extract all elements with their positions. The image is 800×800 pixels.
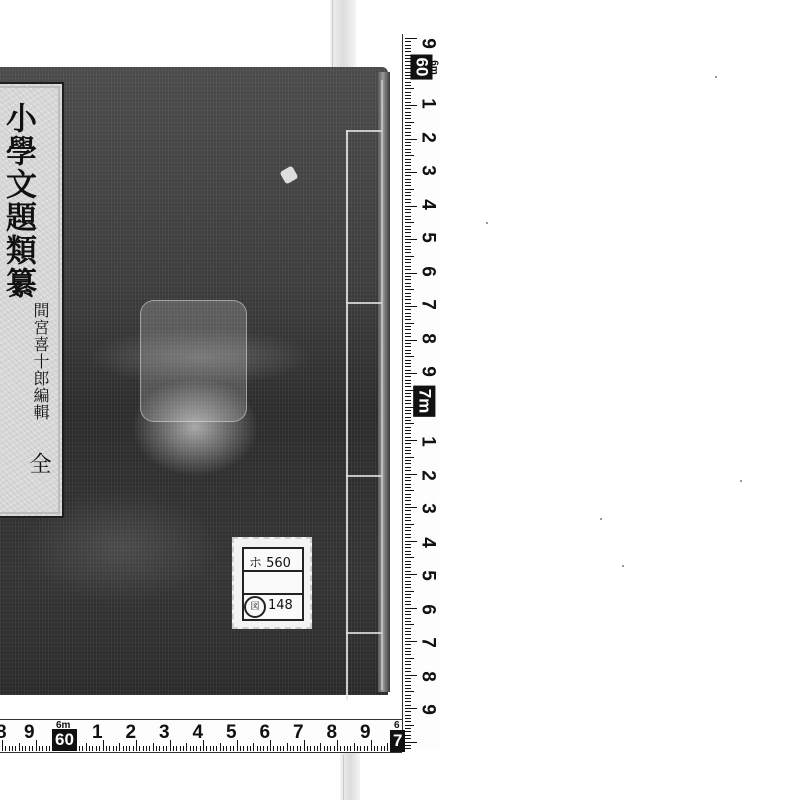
ruler-tick (405, 239, 417, 240)
horizontal-scale-ruler: 896m6012345678967 (0, 719, 402, 753)
ruler-number: 4 (193, 723, 204, 742)
ruler-block-label: 7 (390, 730, 405, 752)
ruler-tick (405, 242, 411, 243)
ruler-tick (405, 628, 411, 629)
ruler-tick (405, 82, 411, 83)
ruler-tick (405, 386, 411, 387)
ruler-tick (190, 746, 191, 751)
ruler-tick (405, 457, 414, 458)
ruler-tick (347, 746, 348, 751)
ruler-tick (405, 396, 411, 397)
ruler-number: 5 (226, 723, 237, 742)
ruler-tick (153, 743, 154, 751)
ruler-tick (22, 746, 23, 751)
ruler-tick (405, 98, 411, 99)
ruler-tick (405, 360, 411, 361)
ruler-tick (220, 743, 221, 751)
ruler-tick (405, 199, 411, 200)
ruler-tick (405, 256, 414, 257)
ruler-tick (280, 746, 281, 751)
ruler-tick (89, 746, 90, 751)
ruler-tick (405, 685, 411, 686)
dust-speck (600, 518, 602, 520)
ruler-tick (405, 587, 411, 588)
ruler-tick (405, 554, 411, 555)
ruler-tick (405, 534, 411, 535)
ruler-tick (405, 319, 411, 320)
ruler-tick (405, 675, 417, 676)
ruler-tick (405, 641, 417, 642)
ruler-tick (12, 746, 13, 751)
ruler-tick (405, 306, 417, 307)
ruler-tick (405, 453, 411, 454)
ruler-tick (405, 316, 411, 317)
ruler-tick (123, 746, 124, 751)
ruler-tick (405, 329, 411, 330)
ruler-tick (405, 108, 411, 109)
ruler-tick (405, 353, 411, 354)
ruler-tick (405, 520, 411, 521)
ruler-tick (381, 746, 382, 751)
ruler-tick (405, 105, 417, 106)
ruler-tick (377, 746, 378, 751)
ruler-tick (405, 443, 411, 444)
ruler-tick (405, 149, 411, 150)
ruler-tick (405, 427, 411, 428)
ruler-tick (405, 417, 411, 418)
ruler-number: 5 (419, 229, 438, 247)
ruler-number: 8 (419, 329, 438, 347)
ruler-tick (405, 581, 411, 582)
ruler-number: 3 (419, 162, 438, 180)
ruler-tick (405, 420, 411, 421)
ruler-tick (405, 276, 411, 277)
ruler-tick (96, 746, 97, 751)
ruler-number: 7 (419, 296, 438, 314)
dust-speck (622, 565, 624, 567)
ruler-tick (364, 746, 365, 751)
ruler-tick (405, 229, 411, 230)
ruler-tick (405, 433, 411, 434)
ruler-tick (39, 746, 40, 751)
ruler-tick (405, 303, 411, 304)
ruler-number: 6 (260, 723, 271, 742)
ruler-tick (324, 746, 325, 751)
ruler-tick (9, 746, 10, 751)
ruler-tick (405, 705, 411, 706)
ruler-tick (405, 423, 414, 424)
ruler-tick (405, 219, 411, 220)
ruler-tick (405, 152, 411, 153)
ruler-tick (405, 463, 411, 464)
cover-stain (140, 300, 247, 422)
ruler-tick (405, 380, 411, 381)
ruler-tick (405, 648, 411, 649)
ruler-tick (253, 743, 254, 751)
ruler-tick (405, 440, 417, 441)
ruler-tick (405, 343, 411, 344)
ruler-tick (405, 269, 411, 270)
ruler-block-label: 7m (413, 386, 435, 417)
ruler-tick (405, 45, 411, 46)
ruler-tick (307, 746, 308, 751)
ruler-tick (25, 746, 26, 751)
ruler-tick (210, 746, 211, 751)
ruler-tick (405, 118, 411, 119)
ruler-tick (405, 681, 411, 682)
ruler-tick (163, 746, 164, 751)
dust-speck (486, 222, 488, 224)
ruler-tick (405, 206, 417, 207)
ruler-tick (405, 289, 414, 290)
ruler-tick (405, 544, 411, 545)
ruler-tick (405, 356, 414, 357)
ruler-tick (405, 172, 417, 173)
ruler-number: 4 (419, 533, 438, 551)
ruler-tick (405, 413, 411, 414)
ruler-tick (405, 85, 411, 86)
ruler-tick (405, 651, 411, 652)
ruler-tick (405, 688, 411, 689)
ruler-number: 1 (92, 723, 103, 742)
ruler-tick (405, 567, 411, 568)
label-row-call-number: ホ 560 (244, 549, 302, 572)
ruler-tick (186, 743, 187, 751)
ruler-tick (49, 746, 50, 751)
ruler-tick (297, 746, 298, 751)
ruler-tick (29, 746, 30, 751)
ruler-tick (293, 746, 294, 751)
ruler-tick (233, 746, 234, 751)
ruler-tick (405, 718, 411, 719)
ruler-tick (330, 746, 331, 751)
ruler-tick (405, 232, 411, 233)
ruler-tick (405, 507, 417, 508)
ruler-unit-label: 6m (429, 60, 440, 74)
ruler-tick (405, 497, 411, 498)
ruler-tick (405, 571, 411, 572)
ruler-tick (405, 591, 414, 592)
ruler-tick (340, 746, 341, 751)
ruler-tick (360, 746, 361, 751)
ruler-tick (405, 698, 411, 699)
ruler-tick (405, 259, 411, 260)
ruler-tick (405, 618, 411, 619)
ruler-tick (405, 333, 411, 334)
ruler-tick (267, 746, 268, 751)
ruler-tick (405, 594, 411, 595)
ruler-number: 9 (360, 723, 371, 742)
book-title: 小學文題類纂 (0, 102, 36, 300)
scanner-strip-top (330, 0, 356, 70)
ruler-tick (203, 740, 204, 751)
ruler-tick (405, 551, 411, 552)
ruler-number: 1 (419, 95, 438, 113)
ruler-tick (405, 246, 411, 247)
ruler-tick (405, 212, 411, 213)
ruler-block-label: 60 (52, 729, 77, 751)
ruler-tick (405, 155, 414, 156)
library-label: ホ 560 図 148 (232, 537, 312, 629)
ruler-tick (173, 746, 174, 751)
ruler-tick (405, 48, 411, 49)
ruler-tick (156, 746, 157, 751)
ruler-tick (405, 262, 411, 263)
ruler-tick (405, 145, 411, 146)
ruler-tick (350, 746, 351, 751)
ruler-tick (387, 743, 388, 751)
ruler-tick (405, 715, 411, 716)
ruler-tick (405, 38, 417, 39)
ruler-tick (405, 644, 411, 645)
ruler-tick (337, 740, 338, 751)
ruler-tick (405, 742, 417, 743)
ruler-tick (405, 323, 414, 324)
ruler-tick (405, 601, 411, 602)
ruler-tick (405, 450, 411, 451)
ruler-tick (344, 746, 345, 751)
ruler-tick (405, 524, 414, 525)
ruler-tick (405, 236, 411, 237)
ruler-tick (405, 678, 411, 679)
ruler-tick (405, 541, 417, 542)
ruler-tick (405, 664, 411, 665)
ruler-tick (304, 740, 305, 751)
ruler-number: 4 (419, 195, 438, 213)
ruler-tick (405, 410, 411, 411)
ruler-tick (405, 480, 411, 481)
ruler-tick (405, 326, 411, 327)
ruler-tick (139, 746, 140, 751)
ruler-tick (405, 279, 411, 280)
ruler-tick (310, 746, 311, 751)
ruler-tick (405, 668, 411, 669)
ruler-tick (136, 740, 137, 751)
ruler-number: 3 (419, 500, 438, 518)
title-slip: 小學文題類纂 間宮喜十郎編輯 全 (0, 82, 64, 518)
ruler-tick (405, 577, 411, 578)
ruler-tick (405, 115, 411, 116)
ruler-tick (405, 185, 411, 186)
ruler-tick (15, 746, 16, 751)
ruler-tick (226, 746, 227, 751)
ruler-tick (287, 743, 288, 751)
ruler-tick (405, 92, 411, 93)
ruler-tick (405, 403, 411, 404)
ruler-tick (133, 746, 134, 751)
ruler-tick (405, 222, 414, 223)
ruler-tick (405, 728, 411, 729)
ruler-tick (176, 746, 177, 751)
ruler-tick (405, 430, 411, 431)
ruler-tick (405, 708, 417, 709)
ruler-tick (159, 746, 160, 751)
ruler-tick (405, 474, 417, 475)
ruler-tick (243, 746, 244, 751)
ruler-tick (405, 142, 411, 143)
ruler-tick (405, 611, 411, 612)
ruler-tick (405, 102, 411, 103)
ruler-tick (405, 299, 411, 300)
ruler-tick (270, 740, 271, 751)
ruler-tick (405, 614, 411, 615)
label-row-number: 図 148 (244, 595, 302, 618)
ruler-tick (146, 746, 147, 751)
ruler-tick (46, 746, 47, 751)
ruler-tick (405, 165, 411, 166)
ruler-tick (405, 216, 411, 217)
ruler-tick (405, 527, 411, 528)
ruler-tick (405, 175, 411, 176)
ruler-tick (405, 51, 411, 52)
vertical-scale-ruler: 9606m1234567897m123456789 (402, 34, 439, 750)
ruler-tick (405, 266, 411, 267)
ruler-tick (119, 743, 120, 751)
ruler-tick (405, 383, 411, 384)
ruler-number: 1 (419, 433, 438, 451)
ruler-tick (82, 746, 83, 751)
binding-stitch (346, 130, 382, 132)
ruler-tick (405, 313, 411, 314)
ruler-number: 3 (159, 723, 170, 742)
ruler-tick (314, 746, 315, 751)
ruler-number: 9 (419, 701, 438, 719)
ruler-tick (405, 88, 414, 89)
ruler-tick (405, 517, 411, 518)
ruler-tick (290, 746, 291, 751)
library-seal-icon: 図 (244, 596, 266, 618)
ruler-tick (405, 484, 411, 485)
ruler-tick (405, 725, 414, 726)
ruler-tick (405, 169, 411, 170)
ruler-tick (405, 695, 411, 696)
ruler-tick (405, 731, 411, 732)
ruler-number: 9 (419, 35, 438, 53)
ruler-tick (247, 746, 248, 751)
ruler-tick (405, 490, 414, 491)
ruler-tick (405, 309, 411, 310)
ruler-tick (405, 738, 411, 739)
ruler-tick (405, 366, 411, 367)
ruler-tick (405, 400, 411, 401)
ruler-tick (230, 746, 231, 751)
ruler-tick (405, 296, 411, 297)
ruler-tick (405, 604, 411, 605)
ruler-tick (250, 746, 251, 751)
ruler-tick (129, 746, 130, 751)
ruler-tick (405, 447, 411, 448)
ruler-tick (223, 746, 224, 751)
ruler-tick (405, 373, 417, 374)
ruler-tick (405, 132, 411, 133)
binding-stitch (346, 475, 382, 477)
ruler-number: 5 (419, 567, 438, 585)
ruler-tick (405, 557, 414, 558)
ruler-tick (405, 638, 411, 639)
ruler-tick (405, 189, 414, 190)
ruler-number: 8 (327, 723, 338, 742)
ruler-number: 8 (419, 667, 438, 685)
ruler-tick (405, 226, 411, 227)
ruler-tick (79, 746, 80, 751)
ruler-tick (277, 746, 278, 751)
scanner-guide-line (343, 755, 344, 800)
ruler-tick (405, 500, 411, 501)
ruler-tick (354, 743, 355, 751)
ruler-number: 6 (419, 600, 438, 618)
ruler-tick (405, 135, 411, 136)
ruler-tick (113, 746, 114, 751)
ruler-tick (405, 654, 411, 655)
binding-stitch (346, 632, 382, 634)
ruler-tick (213, 746, 214, 751)
ruler-tick (405, 721, 411, 722)
ruler-tick (405, 273, 417, 274)
ruler-tick (405, 631, 411, 632)
ruler-tick (116, 746, 117, 751)
ruler-tick (405, 336, 411, 337)
ruler-tick (42, 746, 43, 751)
ruler-tick (183, 746, 184, 751)
ruler-tick (405, 293, 411, 294)
ruler-tick (405, 514, 411, 515)
ruler-number: 2 (419, 128, 438, 146)
ruler-tick (405, 340, 417, 341)
ruler-tick (300, 746, 301, 751)
ruler-tick (405, 470, 411, 471)
ruler-tick (143, 746, 144, 751)
ruler-tick (405, 179, 411, 180)
ruler-tick (405, 487, 411, 488)
ruler-number: 8 (0, 723, 7, 742)
ruler-tick (405, 621, 411, 622)
ruler-tick (405, 252, 411, 253)
ruler-tick (283, 746, 284, 751)
ruler-tick (405, 584, 411, 585)
dust-speck (715, 76, 717, 78)
ruler-tick (334, 746, 335, 751)
library-label-frame: ホ 560 図 148 (242, 547, 304, 621)
dust-speck (740, 480, 742, 482)
ruler-tick (405, 748, 411, 749)
binding-stitch (346, 302, 382, 304)
ruler-tick (405, 574, 417, 575)
ruler-tick (405, 437, 411, 438)
ruler-tick (170, 740, 171, 751)
ruler-tick (405, 363, 411, 364)
ruler-tick (405, 624, 414, 625)
ruler-tick (374, 746, 375, 751)
ruler-tick (196, 746, 197, 751)
ruler-tick (216, 746, 217, 751)
ruler-tick (405, 735, 411, 736)
ruler-tick (405, 711, 411, 712)
ruler-tick (86, 743, 87, 751)
ruler-tick (405, 661, 411, 662)
ruler-tick (257, 746, 258, 751)
ruler-tick (109, 746, 110, 751)
ruler-tick (405, 658, 414, 659)
ruler-number: 2 (419, 466, 438, 484)
binding-edge-line (381, 80, 383, 690)
ruler-tick (405, 608, 417, 609)
ruler-tick (405, 745, 411, 746)
ruler-tick (206, 746, 207, 751)
ruler-tick (405, 125, 411, 126)
ruler-tick (405, 286, 411, 287)
ruler-tick (405, 547, 411, 548)
ruler-number: 9 (419, 363, 438, 381)
